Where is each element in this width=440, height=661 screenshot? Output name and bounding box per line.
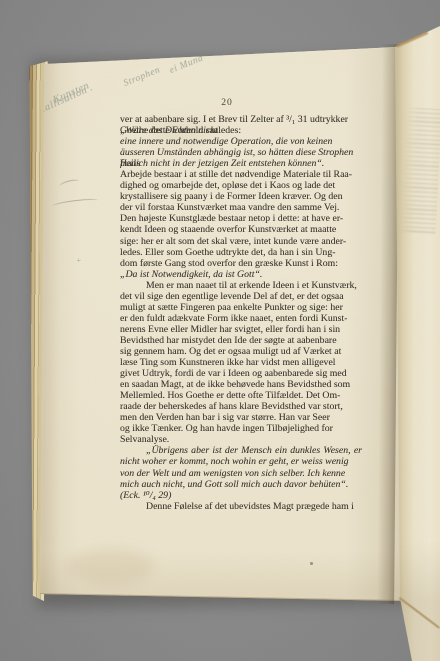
text-line: kendt Ideen og staaende overfor Kunstvær… [120, 224, 362, 235]
text-line: eine innere und notwendige Operation, di… [120, 136, 362, 147]
text-line: von der Welt und am wenigsten von sich s… [120, 468, 362, 479]
roman-run: Arbejde bestaar i at stille det nødvendi… [120, 169, 352, 180]
text-line: Goethe dette Forhold saaledes: „Wäre das… [120, 125, 362, 136]
italic-run: von der Welt und am wenigsten von sich s… [120, 468, 345, 479]
text-line: Den højeste Kunstglæde bestaar netop i d… [120, 213, 362, 224]
text-line: men den Verden han bar i sig var større.… [120, 412, 362, 423]
text-line: det vil sige den egentlige levende Del a… [120, 291, 362, 302]
text-line: læse Ting som Kunstneren ikke har vidst … [120, 357, 362, 368]
text-line: Men er man naaet til at erkende Ideen i … [120, 280, 362, 291]
roman-run: Mellemled. Hos Goethe er dette ofte Tilf… [120, 390, 340, 401]
roman-run: er den fuldt adækvate Form ikke naaet, e… [120, 313, 347, 324]
text-line: krystallisere sig paany i de Former Idee… [120, 191, 362, 202]
italic-run: „Übrigens aber ist der Mensch ein dunkle… [133, 445, 362, 456]
roman-run: raade der beherskedes af hans klare Bevi… [120, 401, 343, 412]
text-block: ver at aabenbare sig. I et Brev til Zelt… [120, 114, 362, 512]
text-line: er den fuldt adækvate Form ikke naaet, e… [120, 313, 362, 324]
roman-run: læse Ting som Kunstneren ikke har vidst … [120, 357, 336, 368]
pencil-margin-stroke [52, 197, 98, 206]
italic-run: „Da ist Notwendigkeit, da ist Gott“. [120, 269, 262, 280]
text-line: nerens Evne eller Midler har svigtet, el… [120, 324, 362, 335]
roman-run: og ikke Tænker. Og han havde ingen Tilbø… [120, 423, 333, 434]
text-line: ledes. Eller som Goethe udtrykte det, da… [120, 247, 362, 258]
pencil-note: ei Mund [168, 53, 205, 76]
text-line: Bevidsthed har mistydet den Ide der søgt… [120, 335, 362, 346]
roman-run: det vil sige den egentlige levende Del a… [120, 291, 344, 302]
italic-run: (Eck. ¹⁰/₄ 29) [120, 490, 171, 501]
roman-run: muligt at sætte Fingeren paa enkelte Pun… [120, 302, 343, 313]
text-line: sige: her er alt som det skal være, inte… [120, 236, 362, 247]
text-line: Arbejde bestaar i at stille det nødvendi… [120, 169, 362, 180]
roman-run: sige: her er alt som det skal være, inte… [120, 236, 346, 247]
text-line: „Da ist Notwendigkeit, da ist Gott“. [120, 269, 362, 280]
text-line: og ikke Tænker. Og han havde ingen Tilbø… [120, 423, 362, 434]
text-line: ver at aabenbare sig. I et Brev til Zelt… [120, 114, 362, 125]
text-line: der vil forstaa Kunstværket maa vandre d… [120, 202, 362, 213]
roman-run: krystallisere sig paany i de Former Idee… [120, 191, 343, 202]
text-line: mich auch nicht, und Gott soll mich auch… [120, 479, 362, 490]
roman-run: Men er man naaet til at erkende Ideen i … [133, 280, 357, 291]
text-line: givet Udtryk, fordi de var i Ideen og aa… [120, 368, 362, 379]
text-line: raade der beherskedes af hans klare Bevi… [120, 401, 362, 412]
text-line: (Eck. ¹⁰/₄ 29) [120, 490, 362, 501]
roman-run: der vil forstaa Kunstværket maa vandre d… [120, 202, 339, 213]
text-line: dighed og omarbejde det, opløse det i Ka… [120, 180, 362, 191]
text-line: äusseren Umständen abhängig ist, so hätt… [120, 147, 362, 158]
italic-run: nicht woher er kommt, noch wohin er geht… [120, 456, 349, 467]
text-line: Mellemled. Hos Goethe er dette ofte Tilf… [120, 390, 362, 401]
pencil-margin-stroke [59, 178, 79, 186]
paper-speck [310, 562, 313, 565]
pencil-note: + [76, 256, 82, 265]
book-photo: 20 ver at aabenbare sig. I et Brev til Z… [0, 0, 440, 661]
roman-run: Den højeste Kunstglæde bestaar netop i d… [120, 213, 343, 224]
roman-run: givet Udtryk, fordi de var i Ideen og aa… [120, 368, 347, 379]
italic-run: mich auch nicht, und Gott soll mich auch… [120, 479, 348, 490]
text-line: muligt at sætte Fingeren paa enkelte Pun… [120, 302, 362, 313]
text-line: „Übrigens aber ist der Mensch ein dunkle… [120, 445, 362, 456]
roman-run: Selvanalyse. [120, 434, 169, 445]
roman-run: kendt Ideen og staaende overfor Kunstvær… [120, 224, 336, 235]
text-line: Selvanalyse. [120, 434, 362, 445]
text-line: dom første Gang stod overfor den græske … [120, 258, 362, 269]
page-number: 20 [221, 97, 233, 108]
text-line: freilich nicht in der jetzigen Zeit ents… [120, 158, 362, 169]
faint-text-showthrough [400, 107, 440, 235]
paper-stain [68, 548, 154, 584]
text-line: sig gennem ham. Og det er ogsaa muligt u… [120, 346, 362, 357]
roman-run: dom første Gang stod overfor den græske … [120, 258, 338, 269]
roman-run: Bevidsthed har mistydet den Ide der søgt… [120, 335, 337, 346]
roman-run: Denne Følelse af det ubevidstes Magt præ… [133, 501, 354, 512]
text-line: nicht woher er kommt, noch wohin er geht… [120, 456, 362, 467]
book-page: 20 ver at aabenbare sig. I et Brev til Z… [0, 0, 440, 661]
roman-run: men den Verden han bar i sig var større.… [120, 412, 330, 423]
italic-run: freilich nicht in der jetzigen Zeit ents… [120, 158, 324, 169]
text-line: Denne Følelse af det ubevidstes Magt præ… [120, 501, 362, 512]
roman-run: dighed og omarbejde det, opløse det i Ka… [120, 180, 335, 191]
roman-run: ledes. Eller som Goethe udtrykte det, da… [120, 247, 335, 258]
roman-run: Hans [120, 158, 140, 169]
italic-run: eine innere und notwendige Operation, di… [120, 136, 332, 147]
italic-run: „Wäre das Dichten nicht [120, 125, 218, 136]
italic-run: äusseren Umständen abhängig ist, so hätt… [120, 147, 353, 158]
roman-run: nerens Evne eller Midler har svigtet, el… [120, 324, 340, 335]
roman-run: en saadan Magt, at de ikke behøvede hans… [120, 379, 350, 390]
roman-run: ver at aabenbare sig. I et Brev til Zelt… [120, 114, 348, 125]
roman-run: sig gennem ham. Og det er ogsaa muligt u… [120, 346, 341, 357]
pencil-note: Strophen [122, 65, 162, 89]
text-line: en saadan Magt, at de ikke behøvede hans… [120, 379, 362, 390]
